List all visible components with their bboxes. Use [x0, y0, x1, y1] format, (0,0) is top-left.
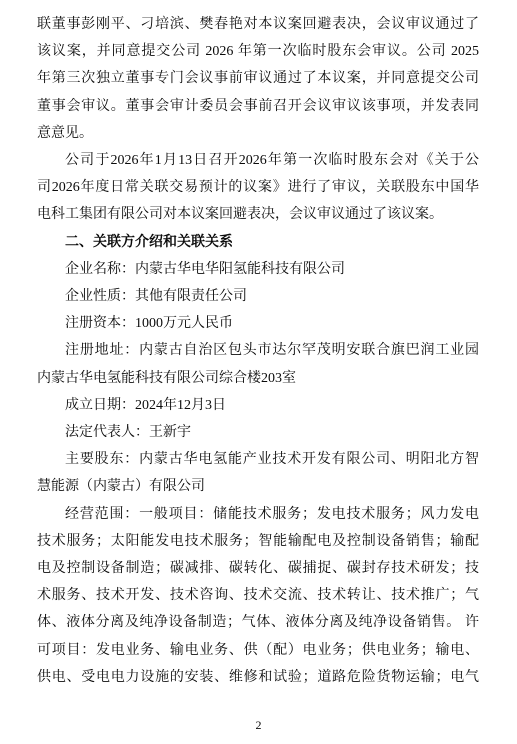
doc-line: 联董事彭刚平、刁培滨、樊春艳对本议案回避表决，会议审议通过了 [37, 11, 479, 38]
doc-line: 董事会审议。董事会审计委员会事前召开会议审议该事项，并发表同 [37, 93, 479, 120]
doc-line: 公司于2026年1月13日召开2026年第一次临时股东会对《关于公 [37, 147, 479, 174]
doc-line-business-scope: 经营范围：一般项目：储能技术服务；发电技术服务；风力发电 [37, 501, 479, 528]
page-number: 2 [0, 718, 517, 732]
doc-line-founding-date: 成立日期：2024年12月3日 [37, 392, 479, 419]
doc-line: 慧能源（内蒙古）有限公司 [37, 473, 479, 500]
doc-line: 内蒙古华电氢能科技有限公司综合楼203室 [37, 365, 479, 392]
doc-line: 司2026年度日常关联交易预计的议案》进行了审议，关联股东中国华 [37, 174, 479, 201]
doc-line-company-name: 企业名称：内蒙古华电华阳氢能科技有限公司 [37, 256, 479, 283]
doc-line: 体、液体分离及纯净设备制造；气体、液体分离及纯净设备销售。 许 [37, 609, 479, 636]
doc-line: 供电、受电电力设施的安装、维修和试验；道路危险货物运输；电气 [37, 664, 479, 691]
doc-line: 年第三次独立董事专门会议事前审议通过了本议案，并同意提交公司 [37, 65, 479, 92]
document-page: 联董事彭刚平、刁培滨、樊春艳对本议案回避表决，会议审议通过了 该议案，并同意提交… [0, 0, 517, 744]
doc-line: 该议案，并同意提交公司 2026 年第一次临时股东会审议。公司 2025 [37, 38, 479, 65]
doc-line: 术服务、技术开发、技术咨询、技术交流、技术转让、技术推广；气 [37, 582, 479, 609]
section-heading: 二、关联方介绍和关联关系 [37, 229, 479, 256]
doc-line: 可项目：发电业务、输电业务、供（配）电业务；供电业务；输电、 [37, 637, 479, 664]
doc-line: 电科工集团有限公司对本议案回避表决，会议审议通过了该议案。 [37, 201, 479, 228]
doc-line-company-type: 企业性质：其他有限责任公司 [37, 283, 479, 310]
doc-line: 电及控制设备制造；碳减排、碳转化、碳捕捉、碳封存技术研发；技 [37, 555, 479, 582]
doc-line-legal-representative: 法定代表人：王新宇 [37, 419, 479, 446]
document-text-block: 联董事彭刚平、刁培滨、樊春艳对本议案回避表决，会议审议通过了 该议案，并同意提交… [37, 11, 479, 691]
doc-line-registered-address: 注册地址：内蒙古自治区包头市达尔罕茂明安联合旗巴润工业园 [37, 337, 479, 364]
doc-line: 意意见。 [37, 120, 479, 147]
doc-line: 技术服务；太阳能发电技术服务；智能输配电及控制设备销售；输配 [37, 528, 479, 555]
doc-line-registered-capital: 注册资本：1000万元人民币 [37, 310, 479, 337]
doc-line-major-shareholders: 主要股东：内蒙古华电氢能产业技术开发有限公司、明阳北方智 [37, 446, 479, 473]
